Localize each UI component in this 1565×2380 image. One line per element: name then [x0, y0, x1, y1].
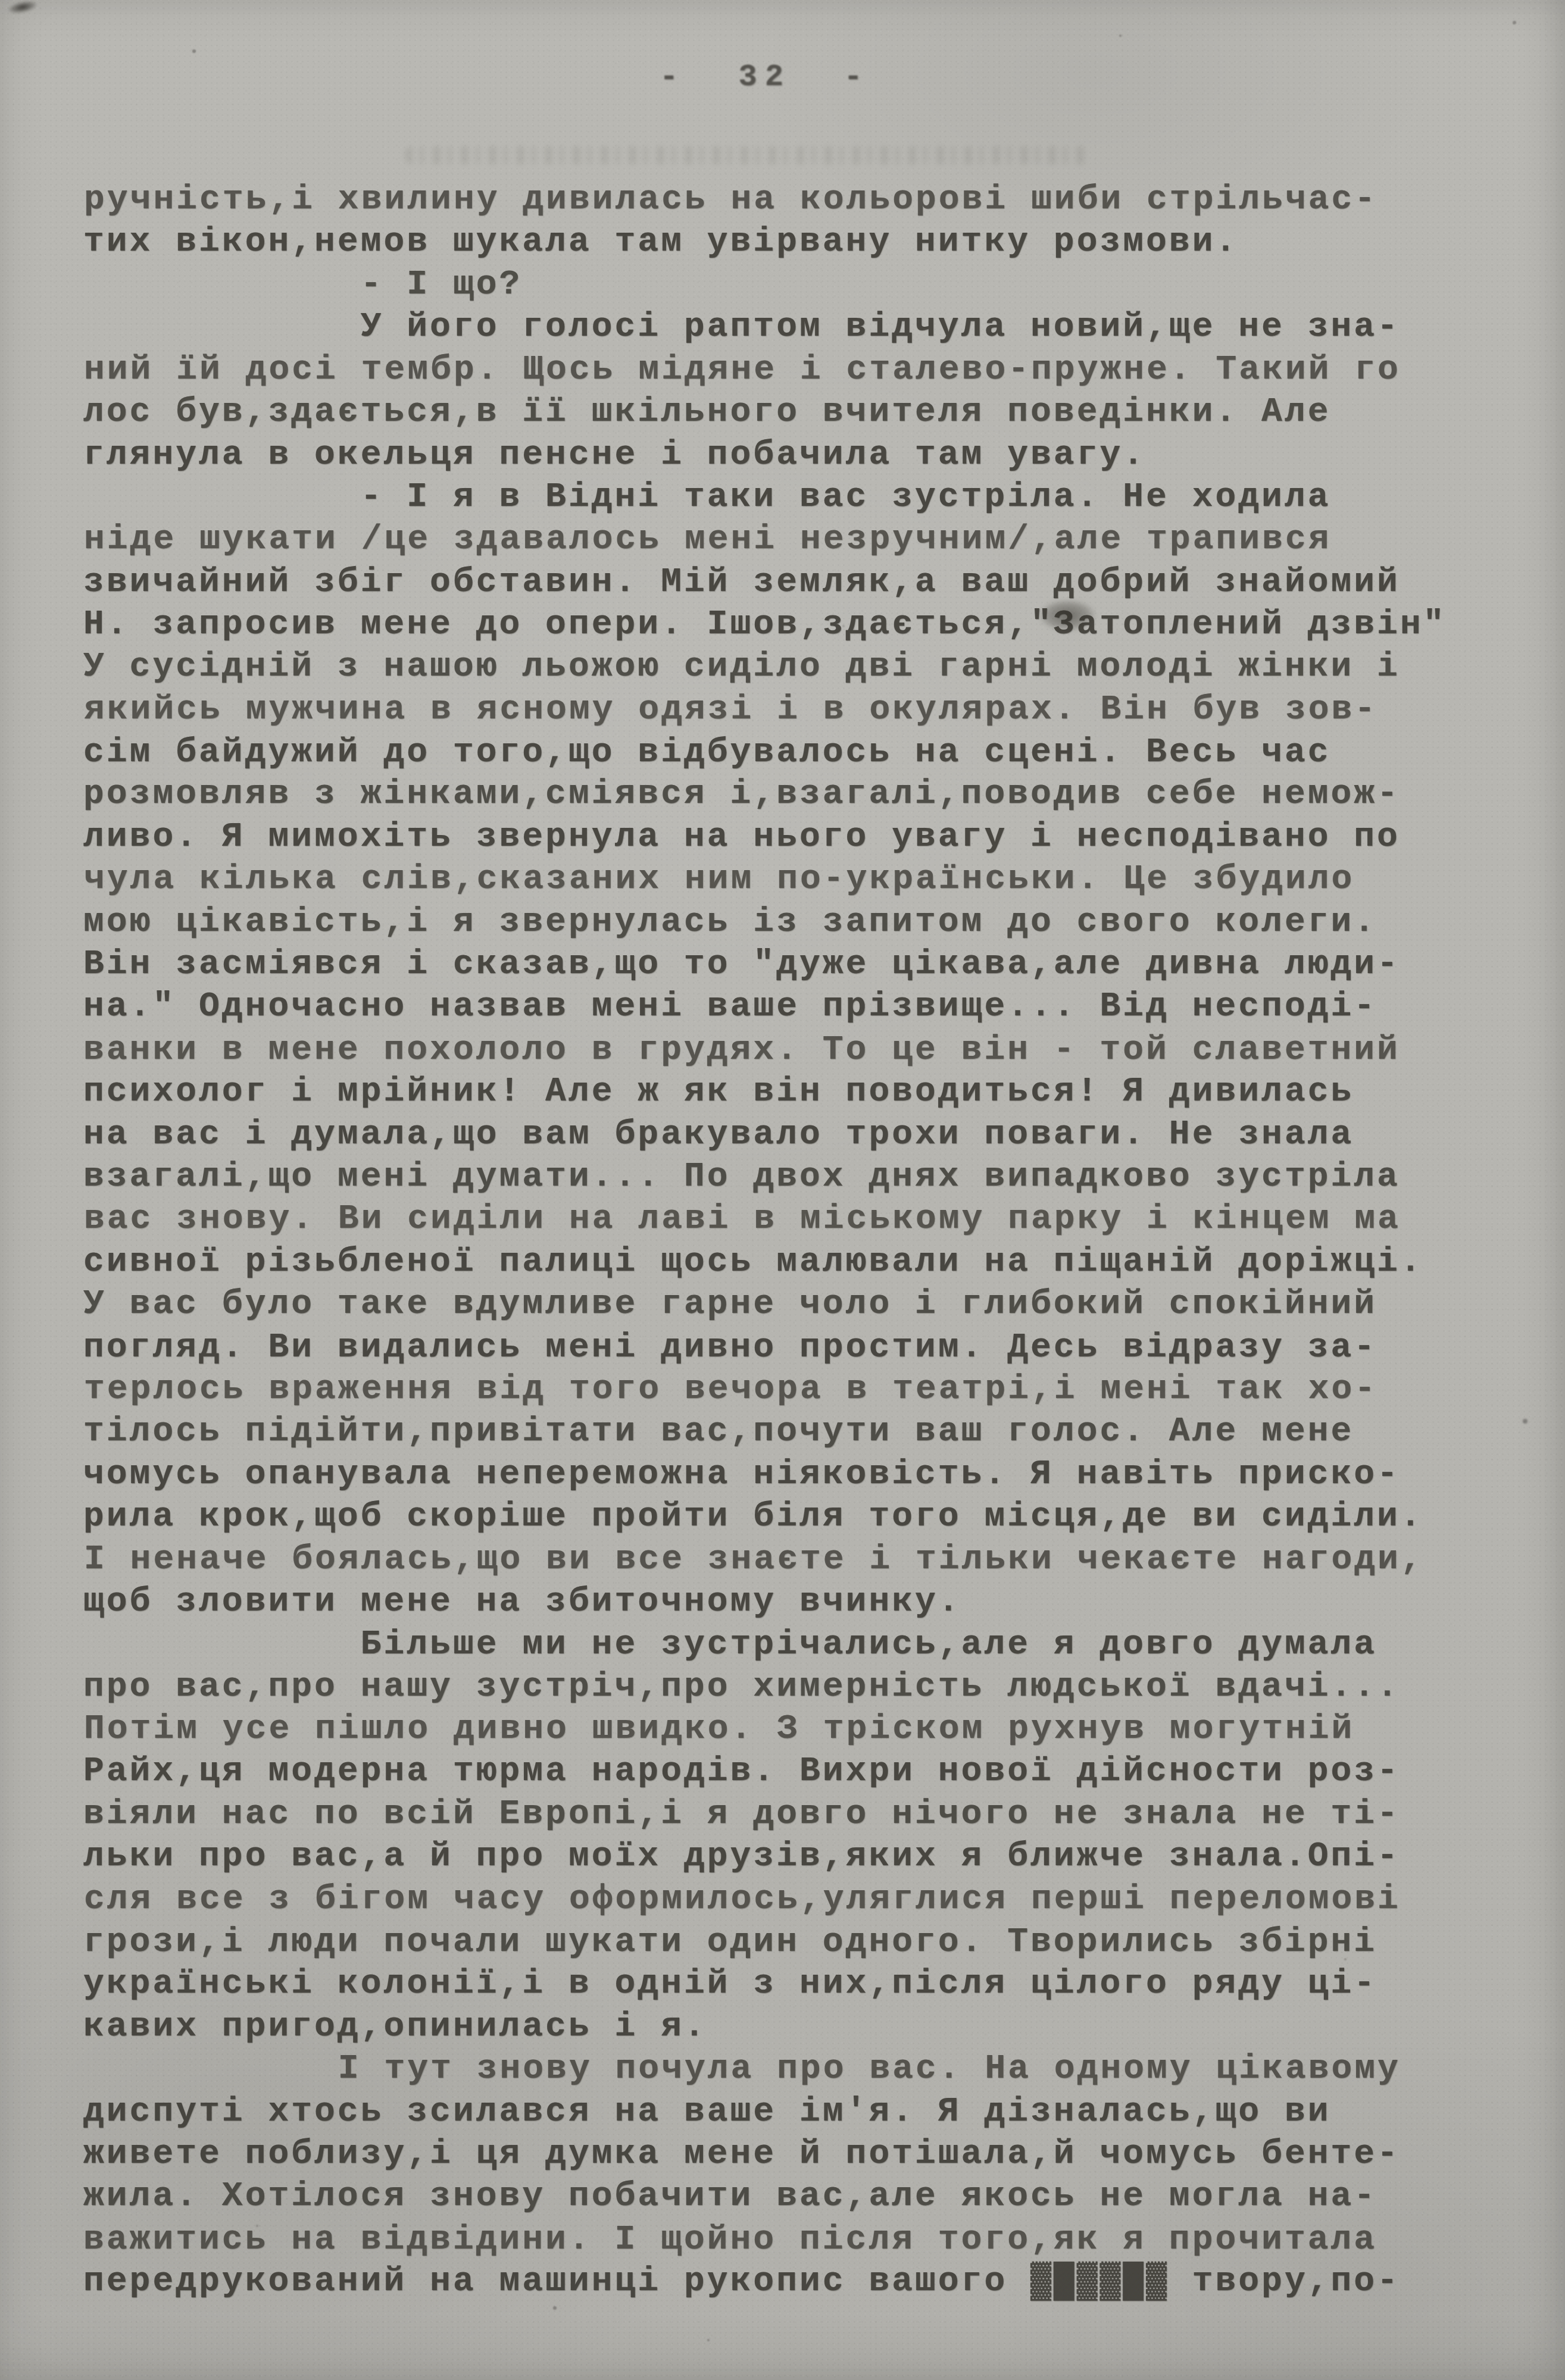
paper-specks	[0, 0, 2, 2]
text-line: чомусь опанувала непереможна ніяковість.…	[83, 1453, 1530, 1496]
text-line: глянула в окельця пенсне і побачила там …	[83, 434, 1530, 476]
text-line: ручність,і хвилину дивилась на кольорові…	[84, 179, 1530, 221]
text-line: кавих пригод,опинилась і я.	[83, 2006, 1530, 2048]
text-line: лос був,здається,в її шкільного вчителя …	[83, 391, 1530, 433]
text-line: У вас було таке вдумливе гарне чоло і гл…	[83, 1283, 1530, 1325]
text-line: мою цікавість,і я звернулась із запитом …	[83, 901, 1530, 943]
text-line: взагалі,що мені думати... По двох днях в…	[83, 1156, 1530, 1198]
text-line: тілось підійти,привітати вас,почути ваш …	[83, 1411, 1530, 1453]
text-line: грози,і люди почали шукати один одного. …	[83, 1921, 1530, 1963]
text-line: ніде шукати /це здавалось мені незручним…	[84, 518, 1530, 561]
text-line: тих вікон,немов шукала там увірвану нитк…	[83, 221, 1530, 263]
text-line: Н. запросив мене до опери. Ішов,здається…	[83, 603, 1530, 646]
text-line: диспуті хтось зсилався на ваше ім'я. Я д…	[83, 2091, 1530, 2133]
text-line: про вас,про нашу зустріч,про химерність …	[83, 1666, 1530, 1708]
corner-ink-mark	[2, 0, 43, 18]
text-line: сім байдужий до того,що відбувалось на с…	[83, 731, 1530, 774]
text-line: ванки в мене похололо в грудях. То це ві…	[83, 1029, 1530, 1071]
text-line: якийсь мужчина в ясному одязі і в окуляр…	[84, 689, 1530, 731]
text-line: - І що?	[83, 264, 1530, 306]
text-line: сля все з бігом часу оформилось,уляглися…	[84, 1878, 1530, 1921]
text-line: сивної різьбленої палиці щось малювали н…	[83, 1241, 1530, 1283]
text-line: віяли нас по всій Европі,і я довго нічог…	[83, 1793, 1530, 1835]
text-line: живете поблизу,і ця думка мене й потішал…	[83, 2133, 1530, 2175]
text-line: жила. Хотілося знову побачити вас,але як…	[83, 2175, 1530, 2218]
text-line: на." Одночасно назвав мені ваше прізвище…	[83, 986, 1530, 1028]
text-line: важитись на відвідини. І щойно після тог…	[83, 2219, 1530, 2261]
text-line: передрукований на машинці рукопис вашого…	[83, 2260, 1530, 2303]
text-line: ний їй досі тембр. Щось мідяне і сталево…	[84, 349, 1530, 391]
text-line: терлось враження від того вечора в театр…	[84, 1368, 1530, 1411]
text-line: звичайний збіг обставин. Мій земляк,а ва…	[83, 561, 1530, 603]
text-line: У сусідній з нашою льожою сиділо дві гар…	[83, 646, 1530, 688]
text-line: вас знову. Ви сиділи на лаві в міському …	[84, 1198, 1530, 1240]
text-line: психолог і мрійник! Але ж як він поводит…	[83, 1071, 1530, 1113]
text-line: Потім усе пішло дивно швидко. З тріском …	[84, 1708, 1530, 1750]
page-number: - 32 -	[660, 60, 870, 95]
text-line: чула кілька слів,сказаних ним по-українс…	[84, 858, 1530, 900]
text-line: ливо. Я мимохіть звернула на нього увагу…	[83, 816, 1530, 858]
document-page: - 32 - ручність,і хвилину дивилась на ко…	[0, 0, 1565, 2380]
text-line: рила крок,щоб скоріше пройти біля того м…	[83, 1496, 1530, 1538]
text-line: Райх,ця модерна тюрма народів. Вихри нов…	[83, 1750, 1530, 1793]
text-line: І неначе боялась,що ви все знаєте і тіль…	[84, 1538, 1530, 1581]
text-line: погляд. Ви видались мені дивно простим. …	[83, 1327, 1530, 1369]
bleedthrough-smudge	[405, 146, 1089, 164]
text-line: І тут знову почула про вас. На одному ці…	[84, 2048, 1530, 2090]
text-line: щоб зловити мене на збиточному вчинку.	[83, 1581, 1530, 1623]
text-line: Більше ми не зустрічались,але я довго ду…	[83, 1624, 1530, 1666]
typewritten-text: ручність,і хвилину дивилась на кольорові…	[83, 179, 1530, 2303]
text-line: льки про вас,а й про моїх друзів,яких я …	[83, 1835, 1530, 1878]
text-line: - І я в Відні таки вас зустріла. Не ходи…	[83, 476, 1530, 518]
text-line: У його голосі раптом відчула новий,ще не…	[83, 306, 1530, 348]
text-line: розмовляв з жінками,сміявся і,взагалі,по…	[83, 773, 1530, 815]
text-line: на вас і думала,що вам бракувало трохи п…	[83, 1114, 1530, 1156]
text-line: Він засміявся і сказав,що то "дуже цікав…	[83, 943, 1530, 986]
ink-smudge-overstrike	[1029, 594, 1106, 637]
text-line: українські колонії,і в одній з них,після…	[83, 1963, 1530, 2005]
